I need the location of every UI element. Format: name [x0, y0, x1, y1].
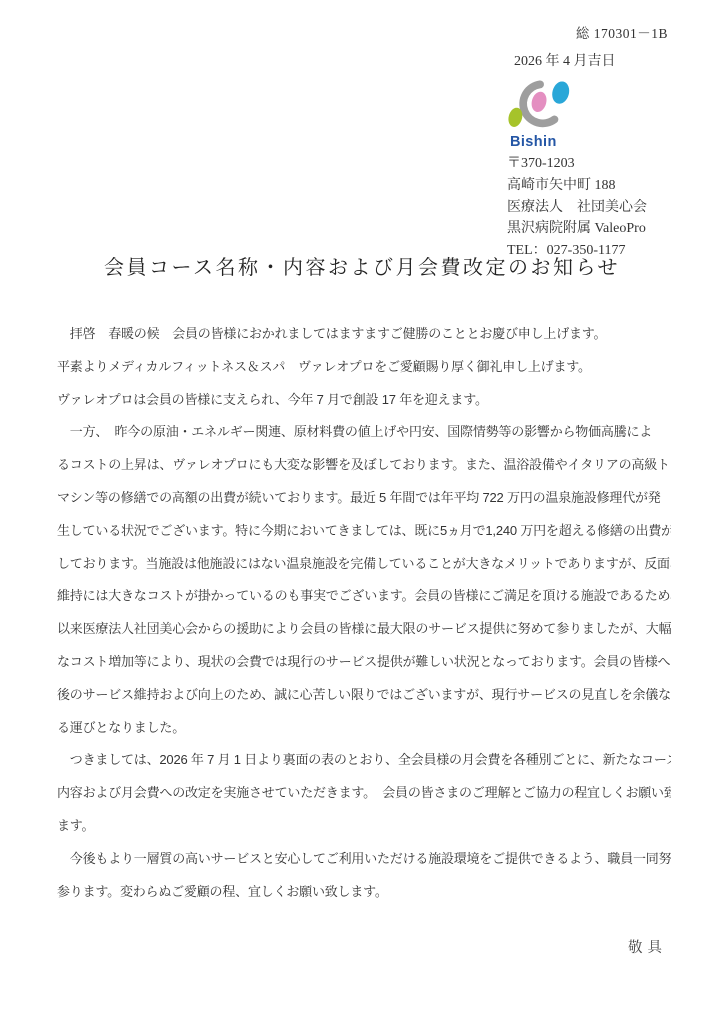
doc-ref-number: 総 170301－1B: [576, 22, 668, 42]
logo-blue-dot-icon: [550, 80, 571, 106]
body-text-line: 以来医療法人社団美心会からの援助により会員の皆様に最大限のサービス提供に努めて参…: [57, 613, 671, 646]
sender-address-block: 〒370-1203 高崎市矢中町 188 医療法人 社団美心会 黒沢病院附属 V…: [507, 153, 647, 262]
sender-address-line: 医療法人 社団美心会: [507, 197, 647, 219]
letter-page: 総 170301－1B 2026 年 4 月吉日 Bishin 〒370-120…: [0, 0, 724, 1024]
sender-address-line: 高崎市矢中町 188: [507, 175, 647, 197]
body-text-line: 参ります。変わらぬご愛顧の程、宜しくお願い致します。: [57, 876, 671, 909]
logo-mark-icon: [503, 80, 571, 132]
body-text-line: 今後もより一層質の高いサービスと安心してご利用いただける施設環境をご提供できるよ…: [57, 843, 671, 876]
sender-address-line: 黒沢病院附属 ValeoPro: [507, 218, 647, 240]
body-text-line: 一方、 昨今の原油・エネルギー関連、原材料費の値上げや円安、国際情勢等の影響から…: [57, 416, 671, 449]
body-text-line: つきましては、2026 年 7 月 1 日より裏面の表のとおり、全会員様の月会費…: [57, 744, 671, 777]
body-text-line: 維持には大きなコストが掛かっているのも事実でございます。会員の皆様にご満足を頂け…: [57, 580, 671, 613]
brand-name: Bishin: [510, 134, 583, 150]
body-text-line: ます。: [57, 810, 671, 843]
body-text-line: 平素よりメディカルフィットネス＆スパ ヴァレオプロをご愛顧賜り厚く御礼申し上げま…: [57, 351, 671, 384]
body-text-line: 内容および月会費への改定を実施させていただきます。 会員の皆さまのご理解とご協力…: [57, 777, 671, 810]
body-text-line: なコスト増加等により、現状の会費では現行のサービス提供が難しい状況となっておりま…: [57, 646, 671, 679]
body-text-line: ヴァレオプロは会員の皆様に支えられ、今年 7 月で創設 17 年を迎えます。: [57, 384, 671, 417]
letter-title: 会員コース名称・内容および月会費改定のお知らせ: [0, 251, 724, 280]
company-logo: Bishin: [503, 80, 583, 150]
doc-date: 2026 年 4 月吉日: [514, 50, 616, 70]
closing-salutation: 敬具: [628, 936, 667, 957]
letter-body: 拝啓 春暖の候 会員の皆様におかれましてはますますご健勝のこととお慶び申し上げま…: [57, 318, 671, 908]
body-text-line: 拝啓 春暖の候 会員の皆様におかれましてはますますご健勝のこととお慶び申し上げま…: [57, 318, 671, 351]
body-text-line: 生している状況でございます。特に今期においてきましては、既に5ヵ月で1,240 …: [57, 515, 671, 548]
body-text-line: る運びとなりました。: [57, 712, 671, 745]
logo-pink-dot-icon: [529, 90, 548, 114]
body-text-line: マシン等の修繕での高額の出費が続いております。最近 5 年間では年平均 722 …: [57, 482, 671, 515]
body-text-line: るコストの上昇は、ヴァレオプロにも大変な影響を及ぼしております。また、温浴設備や…: [57, 449, 671, 482]
body-text-line: しております。当施設は他施設にはない温泉施設を完備していることが大きなメリットで…: [57, 548, 671, 581]
sender-address-line: 〒370-1203: [507, 153, 647, 175]
body-text-line: 後のサービス維持および向上のため、誠に心苦しい限りではございますが、現行サービス…: [57, 679, 671, 712]
